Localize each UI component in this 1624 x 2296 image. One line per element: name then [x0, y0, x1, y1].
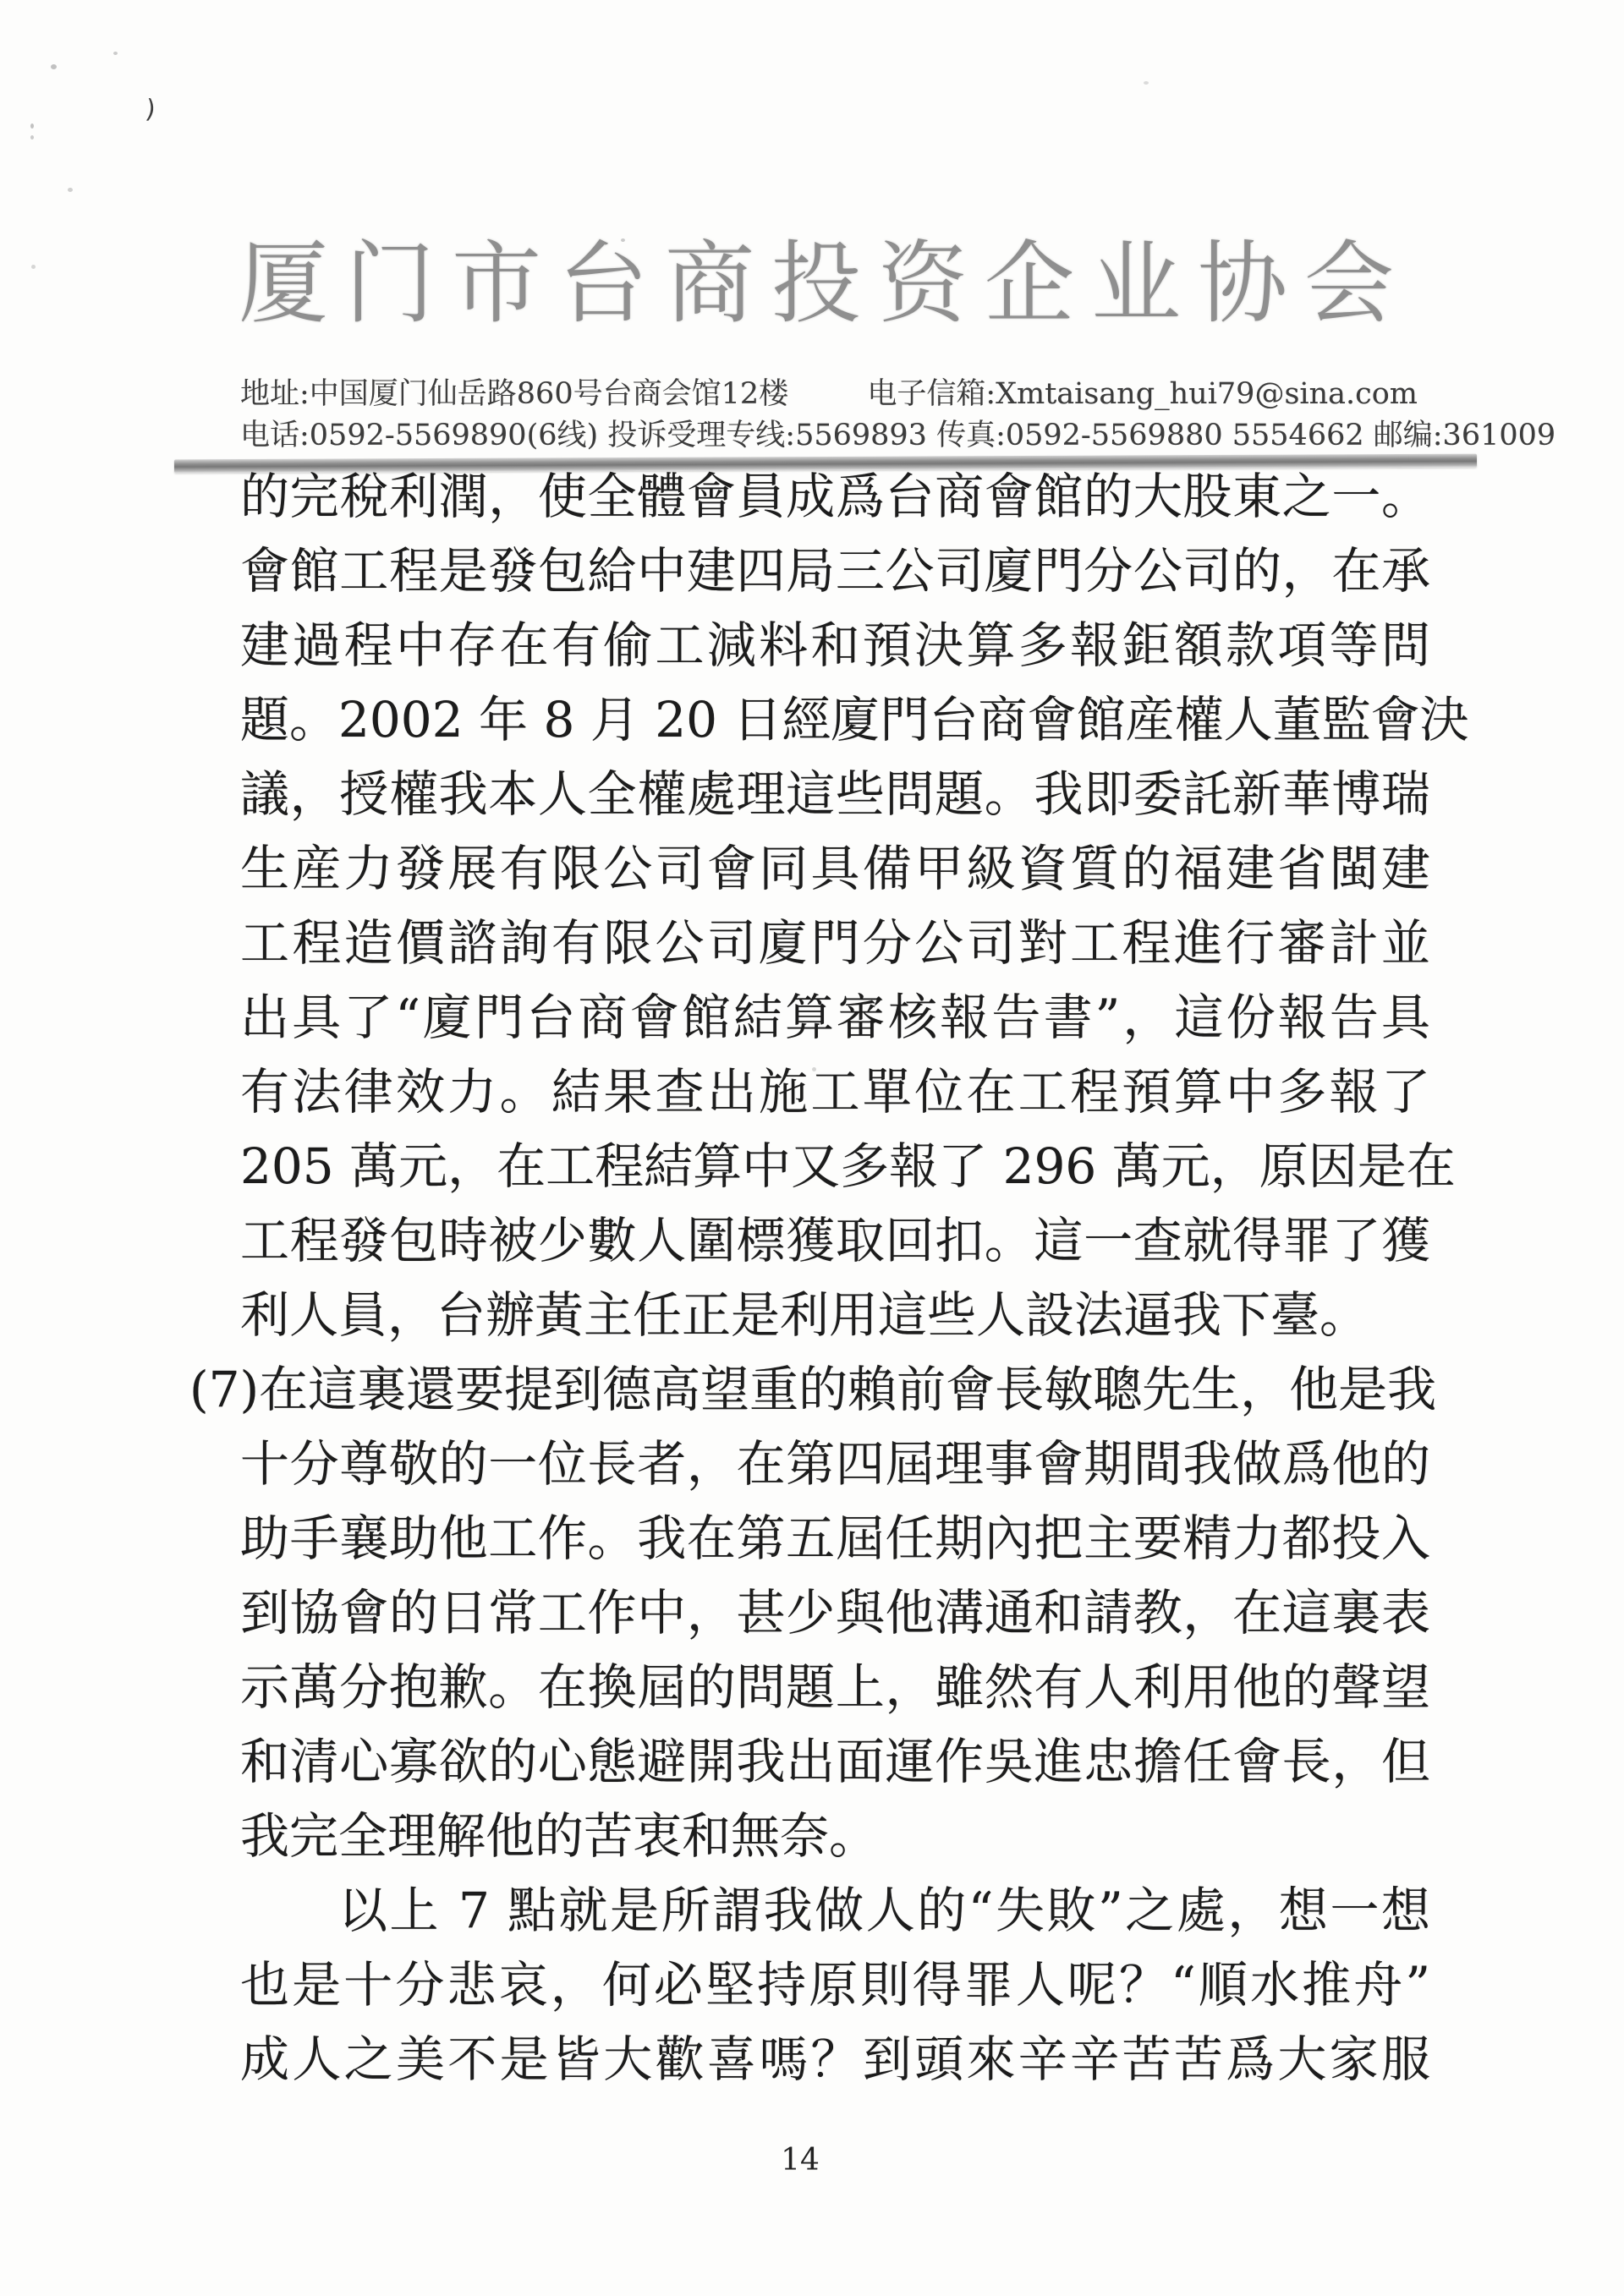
scan-noise-speck [68, 188, 73, 192]
body-line: 出具了“廈門台商會館結算審核報告書”，這份報告具 [240, 980, 1430, 1055]
scan-noise-mark: ) [144, 94, 156, 124]
letter-body: 的完稅利潤，使全體會員成爲台商會館的大股東之一。 會館工程是發包給中建四局三公司… [240, 459, 1430, 2096]
body-line: 建過程中存在有偷工減料和預決算多報鉅額款項等問 [240, 608, 1430, 682]
body-line: 的完稅利潤，使全體會員成爲台商會館的大股東之一。 [240, 459, 1430, 534]
organization-title: 厦门市台商投资企业协会 [239, 237, 1416, 332]
body-line: 也是十分悲哀，何必堅持原則得罪人呢？“順水推舟” [240, 1948, 1430, 2022]
body-line: 助手襄助他工作。我在第五屆任期內把主要精力都投入 [240, 1501, 1430, 1575]
body-line: 生産力發展有限公司會同具備甲級資質的福建省閩建 [240, 831, 1430, 906]
phone-fax-text: 电话:0592-5569890(6线) 投诉受理专线:5569893 传真:05… [240, 412, 1555, 454]
scanned-document-page: ) 厦门市台商投资企业协会 地址:中国厦门仙岳路860号台商会馆12楼 电子信箱… [0, 0, 1624, 2296]
body-line: 有法律效力。結果查出施工單位在工程預算中多報了 [240, 1055, 1430, 1129]
letterhead-phone-row: 电话:0592-5569890(6线) 投诉受理专线:5569893 传真:05… [240, 412, 1433, 454]
body-line: 議，授權我本人全權處理這些問題。我即委託新華博瑞 [240, 757, 1430, 831]
body-line: 到協會的日常工作中，甚少與他溝通和請教，在這裏表 [240, 1575, 1430, 1650]
body-line: 十分尊敬的一位長者，在第四屆理事會期間我做爲他的 [240, 1427, 1430, 1501]
body-line: 我完全理解他的苦衷和無奈。 [240, 1799, 1430, 1873]
email-text: 电子信箱:Xmtaisang_hui79@sina.com [867, 370, 1418, 413]
body-line: 示萬分抱歉。在換屆的問題上，雖然有人利用他的聲望 [240, 1650, 1430, 1724]
body-line: 利人員，台辦黃主任正是利用這些人設法逼我下臺。 [240, 1278, 1430, 1352]
body-line: 題。2002 年 8 月 20 日經廈門台商會館産權人董監會決 [240, 682, 1430, 757]
scan-noise-speck [31, 265, 36, 269]
body-line: 205 萬元，在工程結算中又多報了 296 萬元，原因是在 [240, 1129, 1430, 1203]
scan-noise-speck [30, 135, 34, 140]
body-line: 工程發包時被少數人圍標獲取回扣。這一查就得罪了獲 [240, 1203, 1430, 1278]
scan-noise-speck [1144, 81, 1149, 85]
body-line: 工程造價諮詢有限公司廈門分公司對工程進行審計並 [240, 906, 1430, 980]
body-line: 成人之美不是皆大歡喜嗎？到頭來辛辛苦苦爲大家服 [240, 2022, 1430, 2096]
body-line-item-7: (7)在這裏還要提到德高望重的賴前會長敏聰先生，他是我 [189, 1352, 1430, 1427]
letterhead-contact-row: 地址:中国厦门仙岳路860号台商会馆12楼 电子信箱:Xmtaisang_hui… [240, 370, 1418, 413]
scan-noise-speck [113, 52, 118, 55]
body-line: 和清心寡欲的心態避開我出面運作吳進忠擔任會長，但 [240, 1724, 1430, 1799]
scan-noise-speck [30, 123, 34, 129]
address-text: 地址:中国厦门仙岳路860号台商会馆12楼 [240, 370, 788, 413]
body-line-paragraph-start: 以上 7 點就是所謂我做人的“失敗”之處，想一想 [240, 1873, 1430, 1948]
page-number: 14 [0, 2143, 1600, 2178]
body-line: 會館工程是發包給中建四局三公司廈門分公司的，在承 [240, 534, 1430, 608]
scan-noise-speck [51, 64, 57, 69]
